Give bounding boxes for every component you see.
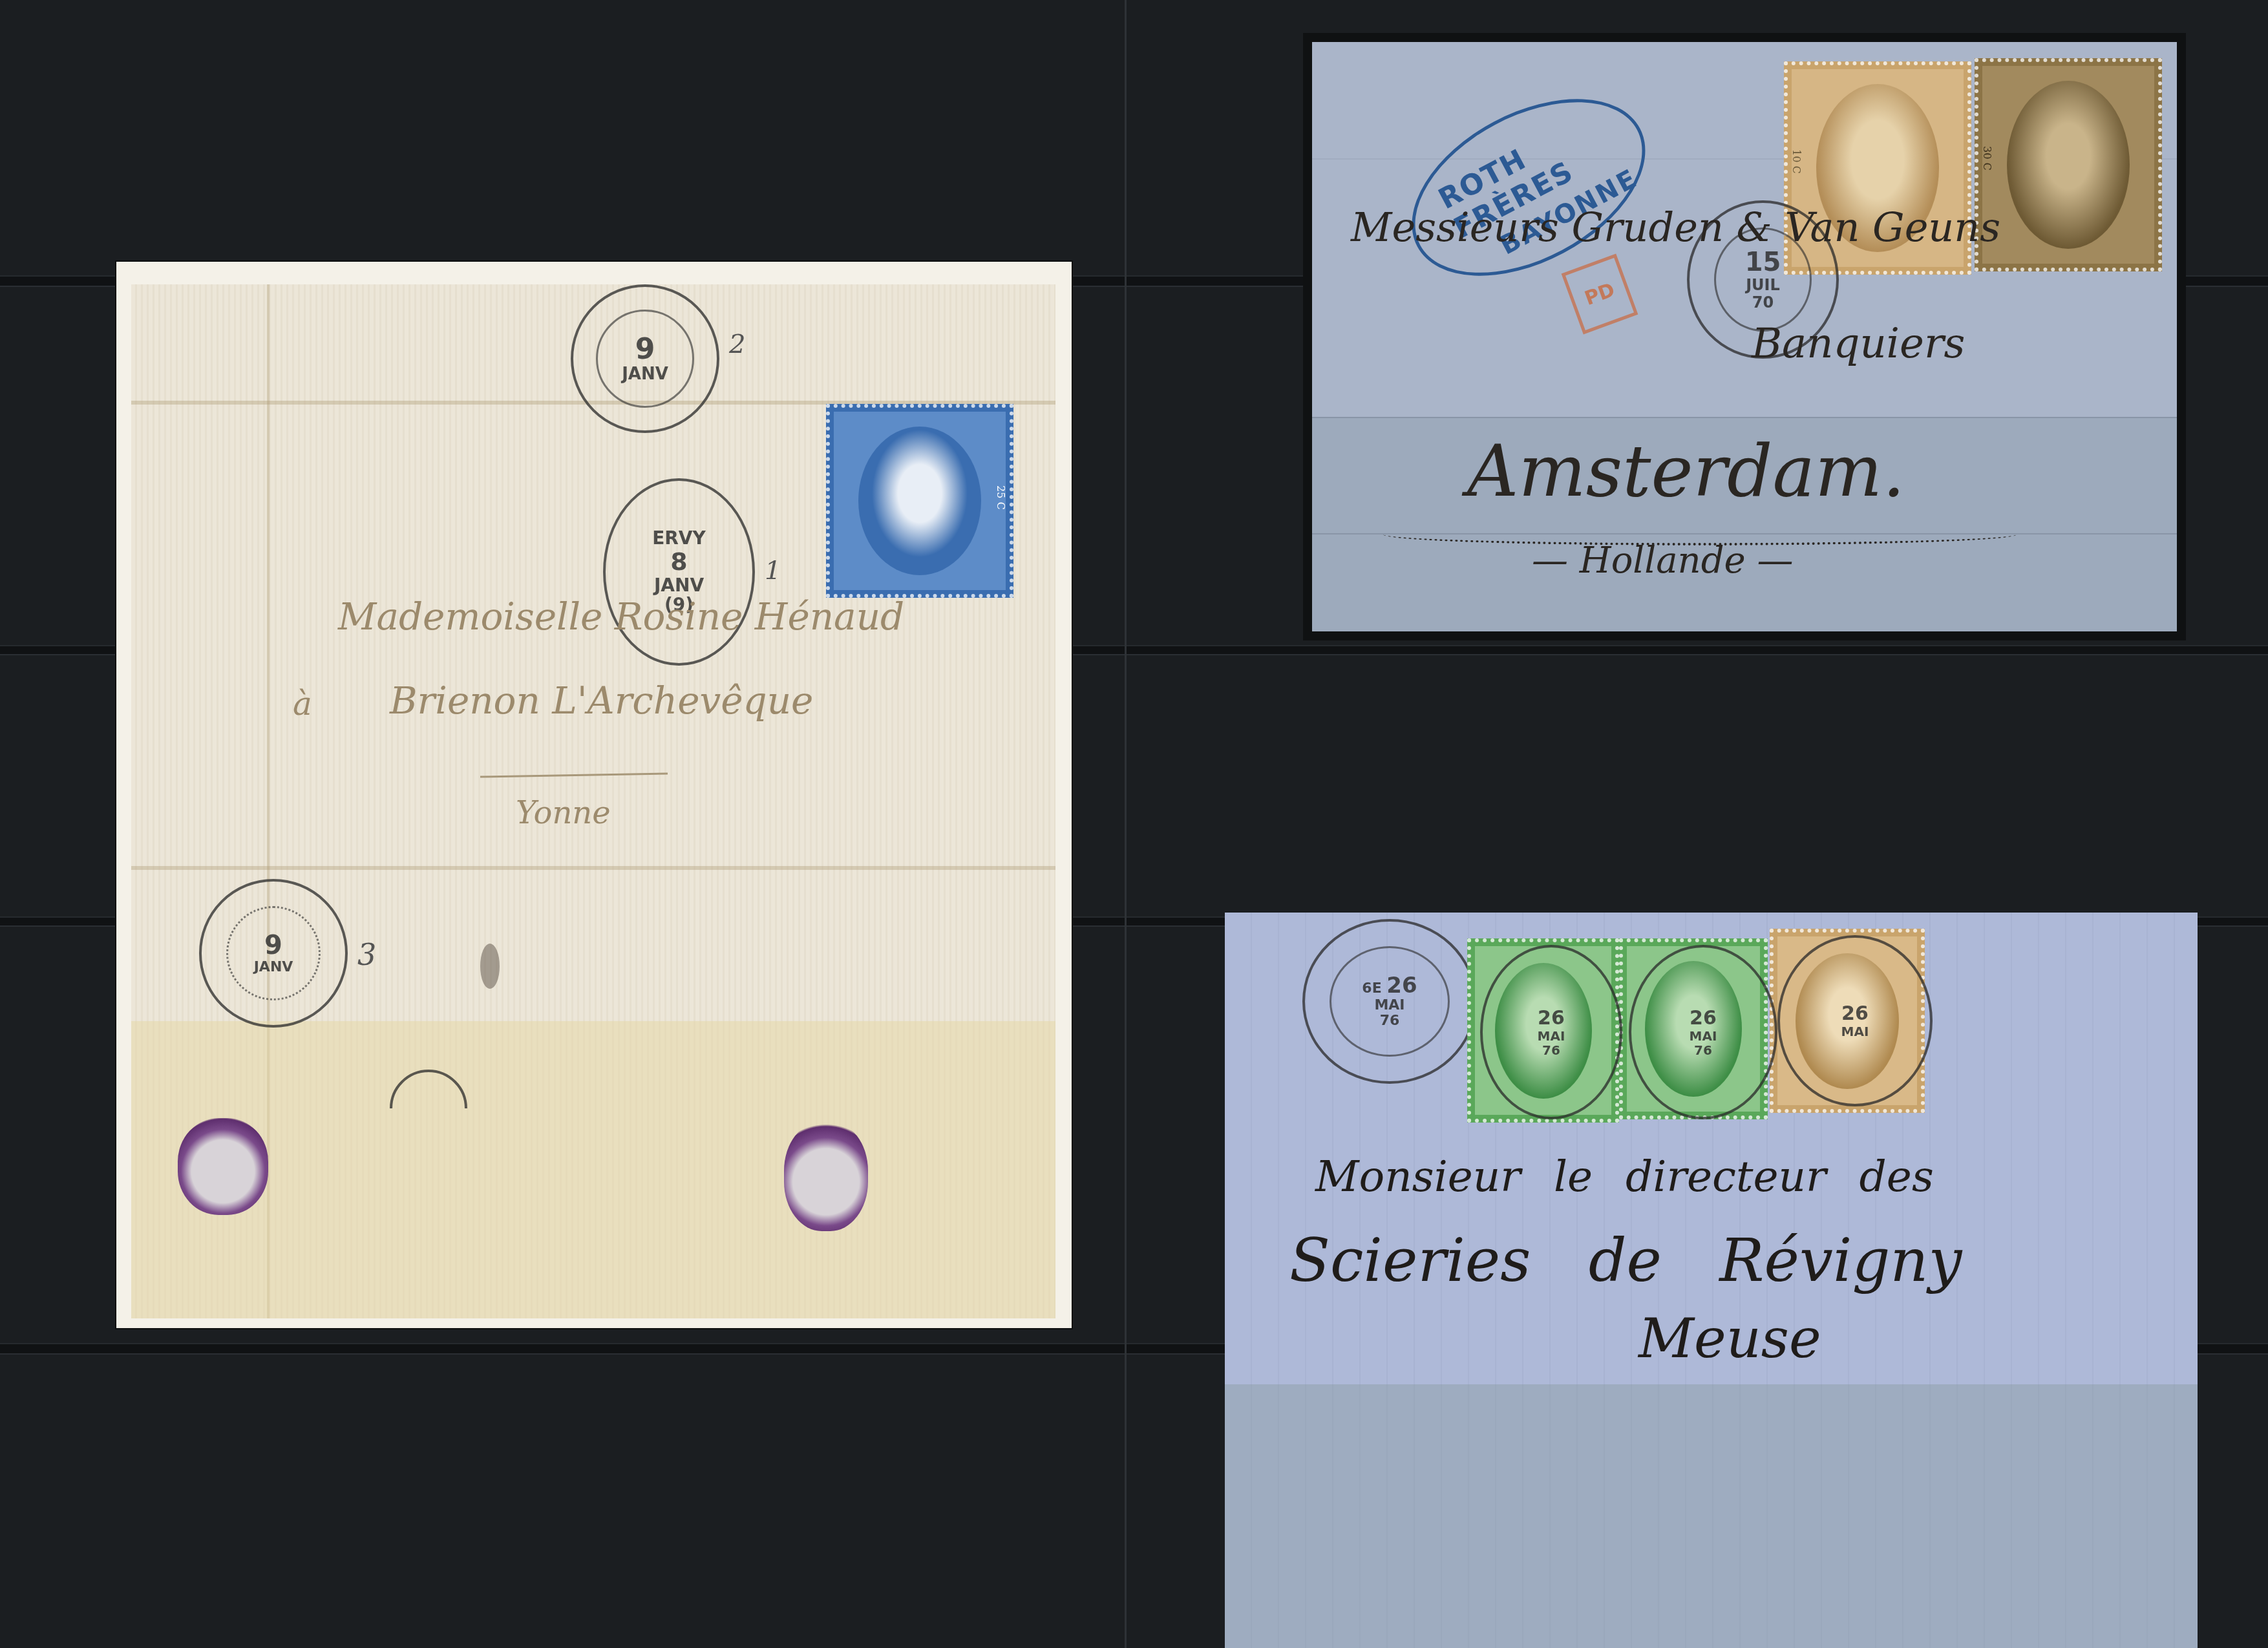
address-line-3: Brienon L'Archevêque xyxy=(390,679,813,723)
address-line-3: Meuse xyxy=(1638,1307,1821,1370)
stamp-ceres-25c-blue: 25 C xyxy=(826,404,1013,598)
underline xyxy=(480,772,668,777)
stamp-value: 30 C xyxy=(1981,146,1993,171)
album-divider xyxy=(1125,0,1127,1648)
address-line-1: Mademoiselle Rosine Hénaud xyxy=(338,595,904,639)
mark-3: 3 xyxy=(357,937,376,972)
postmark-paris-ecluses: 6E 26MAI76 xyxy=(1302,919,1477,1084)
red-box-mark: PD xyxy=(1562,254,1638,335)
wax-seal-right xyxy=(784,1121,868,1231)
address-line-1: Monsieur le directeur des xyxy=(1315,1152,1934,1201)
postmark-on-stamp-3: 26MAI xyxy=(1777,935,1933,1106)
address-line-2: Banquiers xyxy=(1752,320,1965,368)
stamp-value: 25 C xyxy=(995,485,1007,510)
cover-bottom-right: 6E 26MAI76 26MAI76 26MAI76 26MAI Monsieu… xyxy=(1225,913,2198,1648)
cover-left-letter: 9JANV 2 25 C ERVY8JANV(9) 1 Mademoiselle… xyxy=(131,284,1055,1318)
stamp-value: 10 C xyxy=(1790,149,1803,174)
postmark-pont-archeveque: 9JANV xyxy=(199,879,348,1028)
ink-smudge xyxy=(480,944,500,989)
mark-2: 2 xyxy=(729,330,745,359)
address-line-4: Yonne xyxy=(516,795,611,831)
cover-top-right: ROTH FRÈRES BAYONNE 10 C 30 C 15JUIL70 P… xyxy=(1312,42,2177,631)
address-line-2: à xyxy=(293,685,312,723)
postmark-on-stamp-2: 26MAI76 xyxy=(1629,945,1777,1119)
postmark-troyes-paris: 9JANV xyxy=(571,284,719,433)
address-line-2: Scieries de Révigny xyxy=(1289,1226,1962,1295)
postmark-on-stamp-1: 26MAI76 xyxy=(1480,945,1622,1119)
cachet-roth-freres: ROTH FRÈRES BAYONNE xyxy=(1383,63,1675,312)
stamp-napoleon-30c-brown: 30 C xyxy=(1975,58,2162,271)
mark-1: 1 xyxy=(765,556,781,586)
address-line-1: Messieurs Gruden & Van Geuns xyxy=(1351,204,2000,251)
wax-seal-left xyxy=(178,1118,268,1215)
address-line-4: — Hollande — xyxy=(1532,540,1793,582)
address-line-3: Amsterdam. xyxy=(1467,430,1905,512)
